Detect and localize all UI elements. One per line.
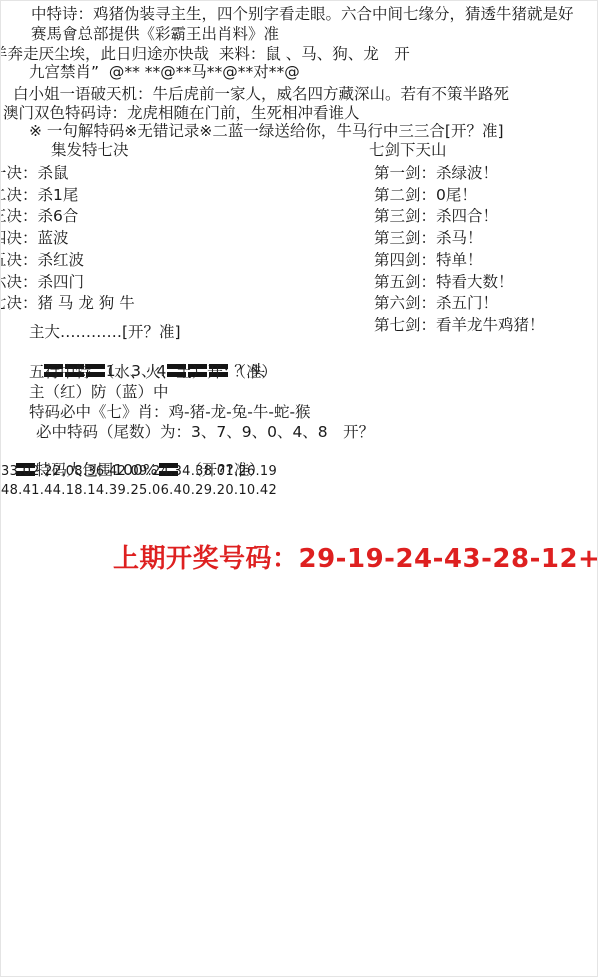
weishu-line: 必中特码（尾数）为：3、7、9、0、4、8 开？ (36, 423, 374, 442)
left-column-list: 一决：杀鼠 二决：杀1尾 三决：杀6合 四决：蓝波 五决：杀红波 六决：杀四门 … (0, 163, 135, 315)
numbers-row: 48.41.44.18.14.39.25.06.40.29.20.10.42 (1, 481, 277, 500)
baixiaojie-line: 白小姐一语破天机：牛后虎前一家人，威名四方藏深山。若有不策半路死 (13, 85, 509, 104)
wuxing-line: 五行中特 （水、火、土）开：（准） (29, 363, 277, 382)
list-item: 三决：杀6合 (0, 206, 135, 228)
list-item: 二决：杀1尾 (0, 185, 135, 207)
aomen-poem-line: 澳门双色特码诗：龙虎相随在门前，生死相冲看谁人 (3, 104, 360, 123)
list-item: 七决：猪 马 龙 狗 牛 (0, 293, 135, 315)
list-item: 第三剑：杀马！ (374, 228, 545, 250)
list-item: 六决：杀四门 (0, 272, 135, 294)
right-column-list: 第一剑：杀绿波！ 第二剑：0尾！ 第三剑：杀四合！ 第三剑：杀马！ 第四剑：特单… (374, 163, 545, 337)
list-item: 第七剑：看羊龙牛鸡猪！ (374, 315, 545, 337)
list-item: 第二剑：0尾！ (374, 185, 545, 207)
list-item: 四决：蓝波 (0, 228, 135, 250)
tip-sheet-page: 中特诗：鸡猪伪装寻主生，四个别字看走眼。六合中间七缘分，猜透牛猪就是好 赛馬會总… (0, 0, 598, 977)
numbers-row: 33.02.22.08.36.42.09.24.34.38.01.26.19 (1, 462, 277, 481)
list-item: 第五剑：特看大数！ (374, 272, 545, 294)
list-item: 一决：杀鼠 (0, 163, 135, 185)
zhuda-line: 主大…………[开？准] (29, 323, 181, 342)
left-column-title: 集发特七决 (51, 141, 129, 160)
list-item: 第六剑：杀五门！ (374, 293, 545, 315)
zhufang-line: 主（红）防（蓝）中 (29, 383, 169, 402)
list-item: 第一剑：杀绿波！ (374, 163, 545, 185)
zhongte-poem-line: 中特诗：鸡猪伪装寻主生，四个别字看走眼。六合中间七缘分，猜透牛猪就是好 (31, 5, 574, 24)
last-draw-numbers: 上期开奖号码：29-19-24-43-28-12+10 (113, 538, 598, 575)
jiugong-line: 九宫禁肖” @** **@**马**@**对**@ (29, 63, 300, 82)
qixiao-line: 特码必中《七》肖：鸡-猪-龙-兔-牛-蛇-猴 (29, 403, 311, 422)
list-item: 五决：杀红波 (0, 250, 135, 272)
yiju-jiete-line: ※ 一句解特码※无错记录※二蓝一绿送给你，牛马行中三三合[开？准] (29, 122, 504, 141)
right-column-title: 七剑下天山 (369, 141, 447, 160)
provider-line: 赛馬會总部提供《彩霸王出肖料》准 (31, 25, 279, 44)
list-item: 第四剑：特单！ (374, 250, 545, 272)
list-item: 第三剑：杀四合！ (374, 206, 545, 228)
yang-poem-line: 羊奔走厌尘埃，此日归途亦快哉 来料：鼠 、马、狗、龙 开 (0, 45, 410, 64)
